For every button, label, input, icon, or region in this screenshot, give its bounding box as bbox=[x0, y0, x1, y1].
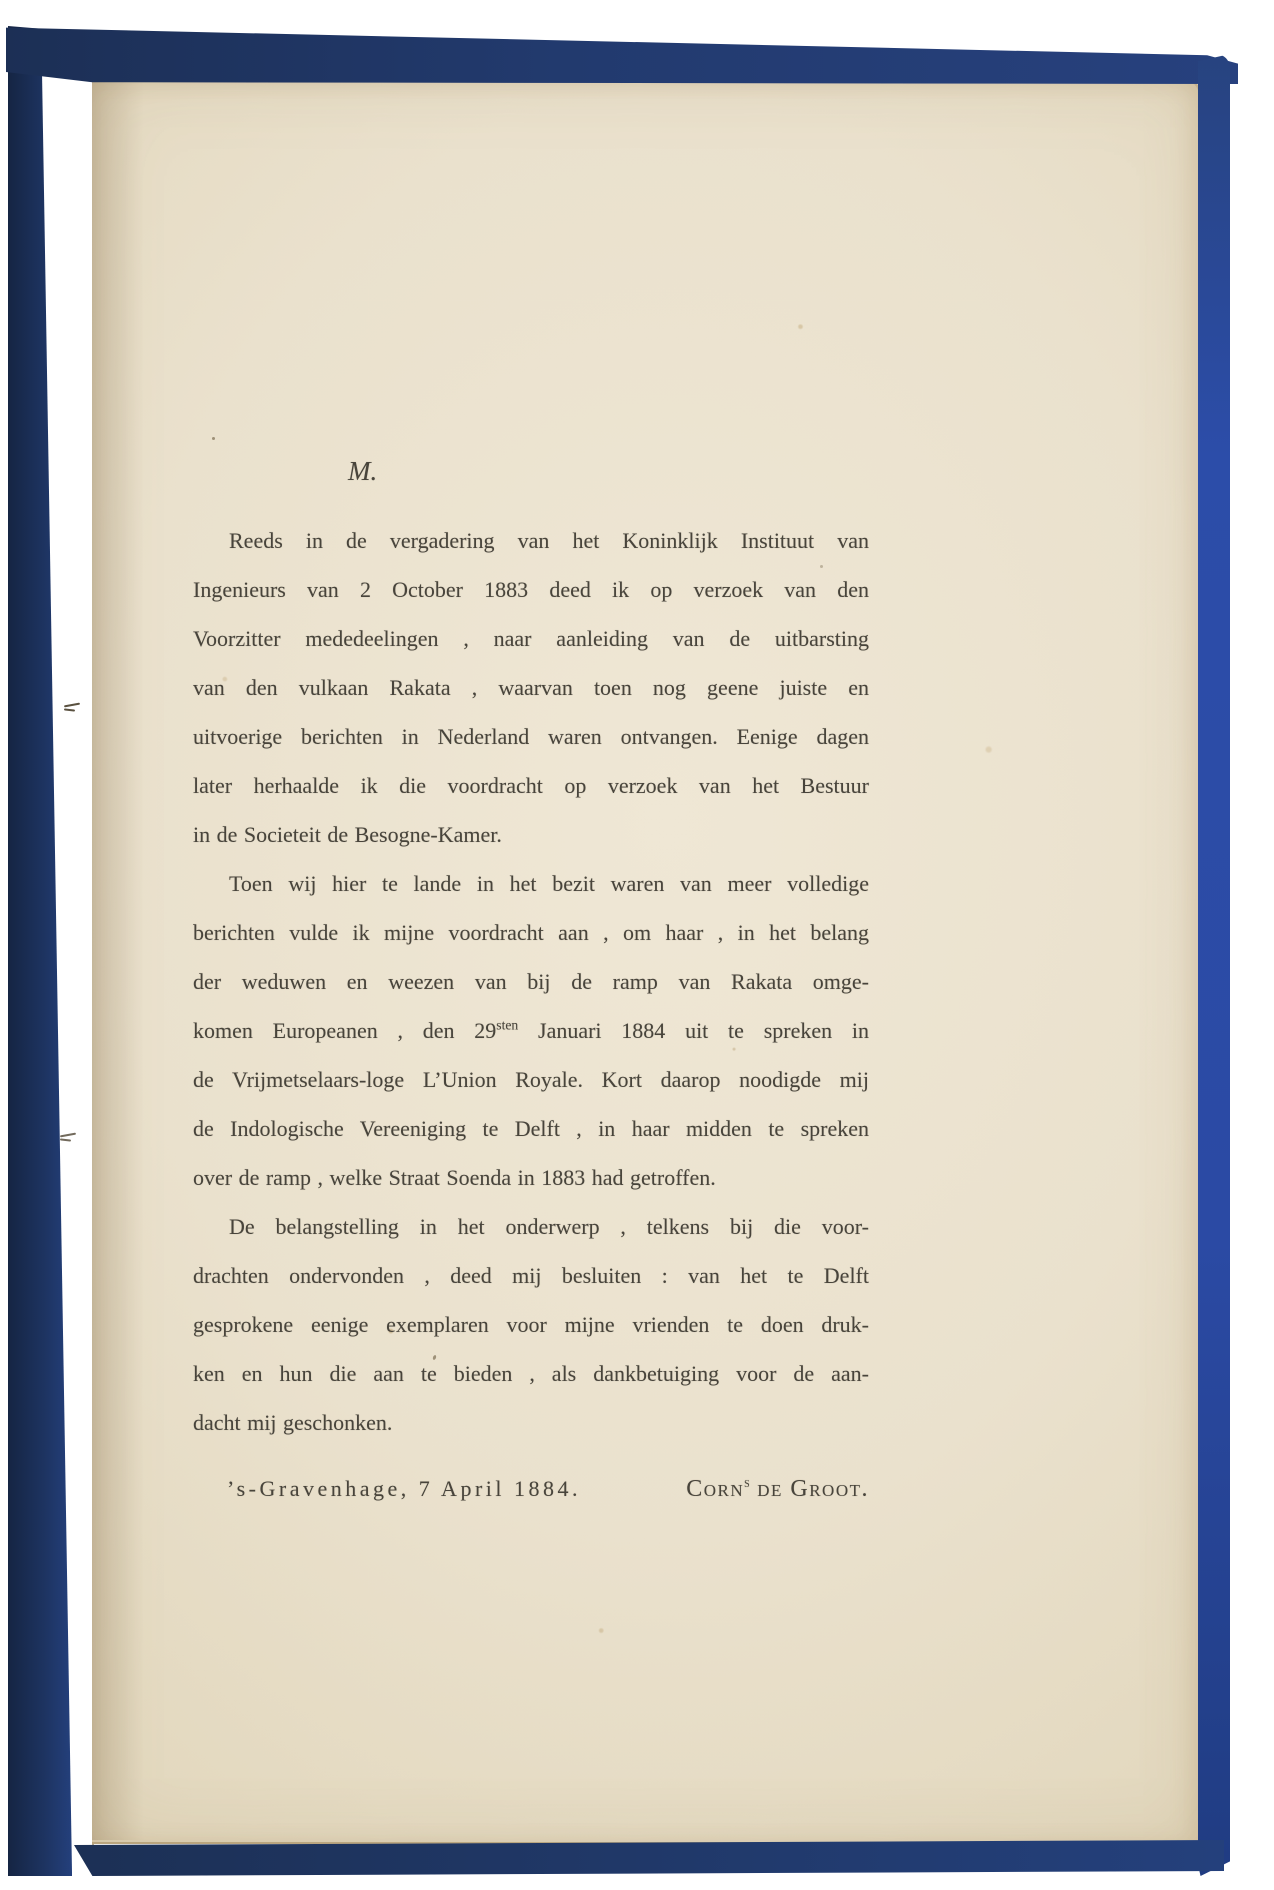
book-cover-bottom-edge bbox=[74, 1840, 1224, 1876]
text-line: Ingenieurs van 2 October 1883 deed ik op… bbox=[193, 565, 869, 614]
book-page: M. Reeds in de vergadering van het Konin… bbox=[92, 78, 1202, 1844]
section-letter-heading: M. bbox=[348, 456, 869, 486]
book-cover-top-edge bbox=[6, 24, 1238, 84]
binding-stitch-mark bbox=[60, 1134, 76, 1142]
text-line: van den vulkaan Rakata , waarvan toen no… bbox=[193, 663, 869, 712]
paper-speck bbox=[820, 565, 823, 568]
text-line: Toen wij hier te lande in het bezit ware… bbox=[193, 859, 869, 908]
text-line: komen Europeanen , den 29sten Januari 18… bbox=[193, 1006, 869, 1055]
book-cover-right-edge bbox=[1198, 54, 1230, 1876]
book-photo: M. Reeds in de vergadering van het Konin… bbox=[0, 0, 1274, 1890]
paper-speck bbox=[212, 437, 215, 440]
text-line: gesprokene eenige exemplaren voor mijne … bbox=[193, 1300, 869, 1349]
text-line: in de Societeit de Besogne-Kamer. bbox=[193, 810, 869, 859]
text-line: berichten vulde ik mijne voordracht aan … bbox=[193, 908, 869, 957]
text-line: drachten ondervonden , deed mij besluite… bbox=[193, 1251, 869, 1300]
text-line: over de ramp , welke Straat Soenda in 18… bbox=[193, 1153, 869, 1202]
text-line: der weduwen en weezen van bij de ramp va… bbox=[193, 957, 869, 1006]
text-line: dacht mij geschonken. bbox=[193, 1398, 869, 1447]
paragraphs: Reeds in de vergadering van het Koninkli… bbox=[193, 516, 869, 1447]
text-line: Voorzitter mededeelingen , naar aanleidi… bbox=[193, 614, 869, 663]
binding-stitch-mark bbox=[64, 704, 80, 712]
text-line: later herhaalde ik die voordracht op ver… bbox=[193, 761, 869, 810]
text-line: de Vrijmetselaars-loge L’Union Royale. K… bbox=[193, 1055, 869, 1104]
place-and-date: ’s-Gravenhage, 7 April 1884. bbox=[193, 1468, 581, 1510]
signature-row: ’s-Gravenhage, 7 April 1884. Corns de Gr… bbox=[193, 1462, 869, 1510]
text-line: uitvoerige berichten in Nederland waren … bbox=[193, 712, 869, 761]
page-text: M. Reeds in de vergadering van het Konin… bbox=[193, 456, 869, 1510]
author-name: Corns de Groot. bbox=[686, 1462, 869, 1510]
text-line: De belangstelling in het onderwerp , tel… bbox=[193, 1202, 869, 1251]
text-line: de Indologische Vereeniging te Delft , i… bbox=[193, 1104, 869, 1153]
text-line: ken en hun die aan te bieden , als dankb… bbox=[193, 1349, 869, 1398]
text-line: Reeds in de vergadering van het Koninkli… bbox=[193, 516, 869, 565]
